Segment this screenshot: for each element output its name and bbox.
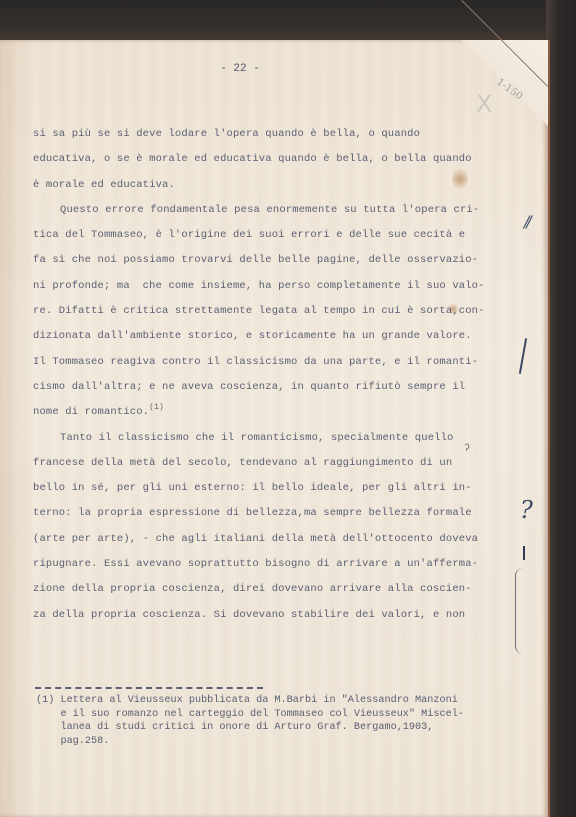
pencil-cross-mark: X bbox=[476, 90, 492, 118]
text-line: (arte per arte), - che agli italiani del… bbox=[33, 527, 503, 552]
text-line: re. Difatti è critica strettamente legat… bbox=[33, 299, 503, 324]
page-number: - 22 - bbox=[200, 63, 280, 75]
margin-bracket-mark bbox=[515, 568, 524, 654]
scanner-backdrop-right bbox=[546, 0, 576, 817]
text-line: ripugnare. Essi avevano soprattutto biso… bbox=[33, 552, 503, 577]
text-line: educativa, o se è morale ed educativa qu… bbox=[33, 147, 503, 172]
text-line-content: si sa più se si deve lodare l'opera quan… bbox=[33, 128, 420, 140]
footnote-reference: (1) bbox=[149, 403, 164, 412]
scanner-backdrop-top bbox=[0, 0, 576, 42]
text-line-content: ripugnare. Essi avevano soprattutto biso… bbox=[33, 558, 478, 570]
text-line-content: educativa, o se è morale ed educativa qu… bbox=[33, 153, 472, 165]
text-line-content: za della propria coscienza. Si dovevano … bbox=[33, 609, 465, 621]
margin-short-bar-mark bbox=[523, 546, 525, 560]
text-line: dizionata dall'ambiente storico, e stori… bbox=[33, 324, 503, 349]
text-line: è morale ed educativa. bbox=[33, 173, 503, 198]
text-line-content: nome di romantico. bbox=[33, 406, 149, 418]
text-line-content: Il Tommaseo reagiva contro il classicism… bbox=[33, 356, 478, 368]
footnote-line: pag.258. bbox=[36, 735, 516, 749]
text-line: zione della propria coscienza, direi dov… bbox=[33, 577, 503, 602]
text-line: bello in sé, per gli uni esterno: il bel… bbox=[33, 476, 503, 501]
text-line: cismo dall'altra; e ne aveva coscienza, … bbox=[33, 375, 503, 400]
text-line: francese della metà del secolo, tendevan… bbox=[33, 451, 503, 476]
text-line-content: Tanto il classicismo che il romanticismo… bbox=[60, 432, 454, 444]
text-line: Questo errore fondamentale pesa enormeme… bbox=[33, 198, 503, 223]
text-line-content: cismo dall'altra; e ne aveva coscienza, … bbox=[33, 381, 465, 393]
text-line-content: tica del Tommaseo, è l'origine dei suoi … bbox=[33, 229, 465, 241]
footnote: (1) Lettera al Vieusseux pubblicata da M… bbox=[36, 694, 516, 748]
text-line-content: Questo errore fondamentale pesa enormeme… bbox=[60, 204, 479, 216]
text-line-content: bello in sé, per gli uni esterno: il bel… bbox=[33, 482, 472, 494]
body-text: si sa più se si deve lodare l'opera quan… bbox=[33, 122, 503, 628]
footnote-separator bbox=[35, 687, 263, 689]
text-line: tica del Tommaseo, è l'origine dei suoi … bbox=[33, 223, 503, 248]
text-line: terno: la propria espressione di bellezz… bbox=[33, 501, 503, 526]
footnote-line: (1) Lettera al Vieusseux pubblicata da M… bbox=[36, 694, 516, 708]
text-line: nome di romantico.(1) bbox=[33, 400, 503, 425]
text-line-content: re. Difatti è critica strettamente legat… bbox=[33, 305, 485, 317]
text-line-content: terno: la propria espressione di bellezz… bbox=[33, 507, 472, 519]
text-line-content: zione della propria coscienza, direi dov… bbox=[33, 583, 472, 595]
text-line: Tanto il classicismo che il romanticismo… bbox=[33, 426, 503, 451]
text-line-content: dizionata dall'ambiente storico, e stori… bbox=[33, 330, 472, 342]
text-line: Il Tommaseo reagiva contro il classicism… bbox=[33, 350, 503, 375]
text-line-content: fa sì che noi possiamo trovarvi delle be… bbox=[33, 254, 478, 266]
text-line-content: (arte per arte), - che agli italiani del… bbox=[33, 533, 478, 545]
text-line: fa sì che noi possiamo trovarvi delle be… bbox=[33, 248, 503, 273]
margin-question-mark: ? bbox=[520, 496, 533, 524]
text-line: za della propria coscienza. Si dovevano … bbox=[33, 603, 503, 628]
footnote-line: e il suo romanzo nel carteggio del Tomma… bbox=[36, 708, 516, 722]
pencil-caret-mark: ʔ bbox=[464, 444, 470, 455]
text-line: ni profonde; ma che come insieme, ha per… bbox=[33, 274, 503, 299]
text-line-content: francese della metà del secolo, tendevan… bbox=[33, 457, 452, 469]
margin-double-bar-mark: // bbox=[524, 212, 529, 231]
footnote-line: lanea di studi critici in onore di Artur… bbox=[36, 721, 516, 735]
text-line: si sa più se si deve lodare l'opera quan… bbox=[33, 122, 503, 147]
text-line-content: ni profonde; ma che come insieme, ha per… bbox=[33, 280, 485, 292]
text-line-content: è morale ed educativa. bbox=[33, 179, 175, 191]
